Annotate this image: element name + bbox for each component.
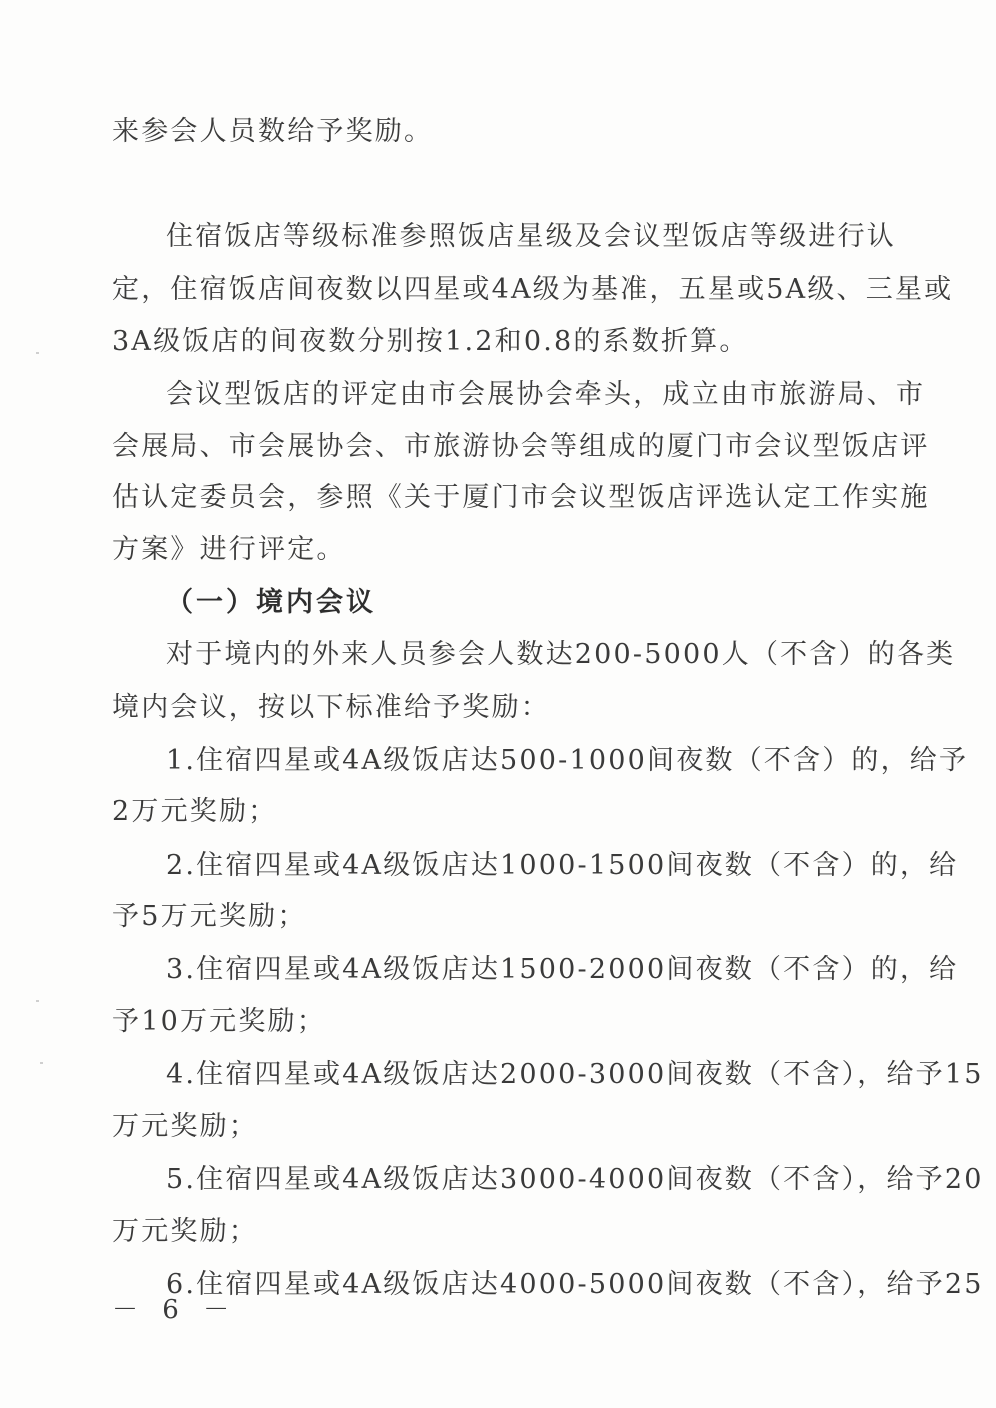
text-line: 3A级饭店的间夜数分别按1.2和0.8的系数折算。	[112, 322, 872, 362]
text-line: 5.住宿四星或4A级饭店达3000-4000间夜数（不含），给予20	[166, 1160, 872, 1200]
text-line: 住宿饭店等级标准参照饭店星级及会议型饭店等级进行认	[166, 217, 872, 257]
text-line: 来参会人员数给予奖励。	[112, 112, 872, 152]
text-line: 方案》进行评定。	[112, 530, 872, 570]
text-line: 万元奖励；	[112, 1212, 872, 1252]
text-line: 2.住宿四星或4A级饭店达1000-1500间夜数（不含）的，给	[166, 846, 872, 886]
scan-speck	[36, 352, 39, 354]
text-line: 予5万元奖励；	[112, 897, 872, 937]
text-line: 3.住宿四星或4A级饭店达1500-2000间夜数（不含）的，给	[166, 950, 872, 990]
text-line: 4.住宿四星或4A级饭店达2000-3000间夜数（不含），给予15	[166, 1055, 872, 1095]
text-line: 会议型饭店的评定由市会展协会牵头，成立由市旅游局、市	[166, 375, 872, 415]
text-line: 2万元奖励；	[112, 792, 872, 832]
text-line: 予10万元奖励；	[112, 1002, 872, 1042]
text-line: 定，住宿饭店间夜数以四星或4A级为基准，五星或5A级、三星或	[112, 270, 872, 310]
scan-speck	[36, 1000, 39, 1002]
scan-speck	[40, 1062, 43, 1064]
page-number: － 6 －	[112, 1292, 237, 1328]
text-line: 会展局、市会展协会、市旅游协会等组成的厦门市会议型饭店评	[112, 427, 872, 467]
document-page: 来参会人员数给予奖励。住宿饭店等级标准参照饭店星级及会议型饭店等级进行认定，住宿…	[0, 0, 996, 1408]
section-heading: （一）境内会议	[166, 583, 872, 623]
text-line: 万元奖励；	[112, 1107, 872, 1147]
text-line: 估认定委员会，参照《关于厦门市会议型饭店评选认定工作实施	[112, 478, 872, 518]
text-line: 对于境内的外来人员参会人数达200-5000人（不含）的各类	[166, 635, 872, 675]
text-line: 境内会议，按以下标准给予奖励：	[112, 688, 872, 728]
text-line: 1.住宿四星或4A级饭店达500-1000间夜数（不含）的，给予	[166, 741, 872, 781]
text-line: 6.住宿四星或4A级饭店达4000-5000间夜数（不含），给予25	[166, 1265, 872, 1305]
